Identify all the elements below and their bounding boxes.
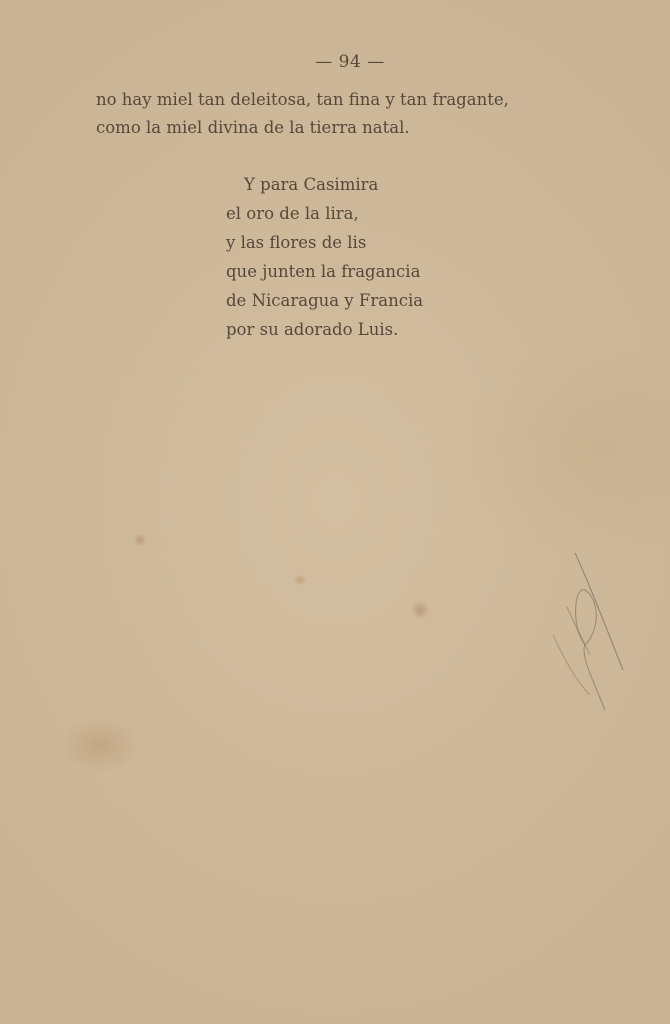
- stanza-line: que junten la fragancia: [226, 257, 423, 286]
- stanza-line: Y para Casimira: [226, 170, 423, 199]
- book-page: — 94 — no hay miel tan deleitosa, tan fi…: [0, 0, 670, 1024]
- pencil-signature-icon: [545, 545, 645, 725]
- prose-paragraph: no hay miel tan deleitosa, tan fina y ta…: [96, 86, 566, 142]
- page-number: — 94 —: [0, 52, 670, 72]
- poem-stanza: Y para Casimira el oro de la lira, y las…: [226, 170, 423, 344]
- prose-line: no hay miel tan deleitosa, tan fina y ta…: [96, 86, 566, 114]
- stanza-line: y las flores de lis: [226, 228, 423, 257]
- stanza-line: por su adorado Luis.: [226, 315, 423, 344]
- stanza-line: de Nicaragua y Francia: [226, 286, 423, 315]
- prose-line: como la miel divina de la tierra natal.: [96, 114, 566, 142]
- stanza-line: el oro de la lira,: [226, 199, 423, 228]
